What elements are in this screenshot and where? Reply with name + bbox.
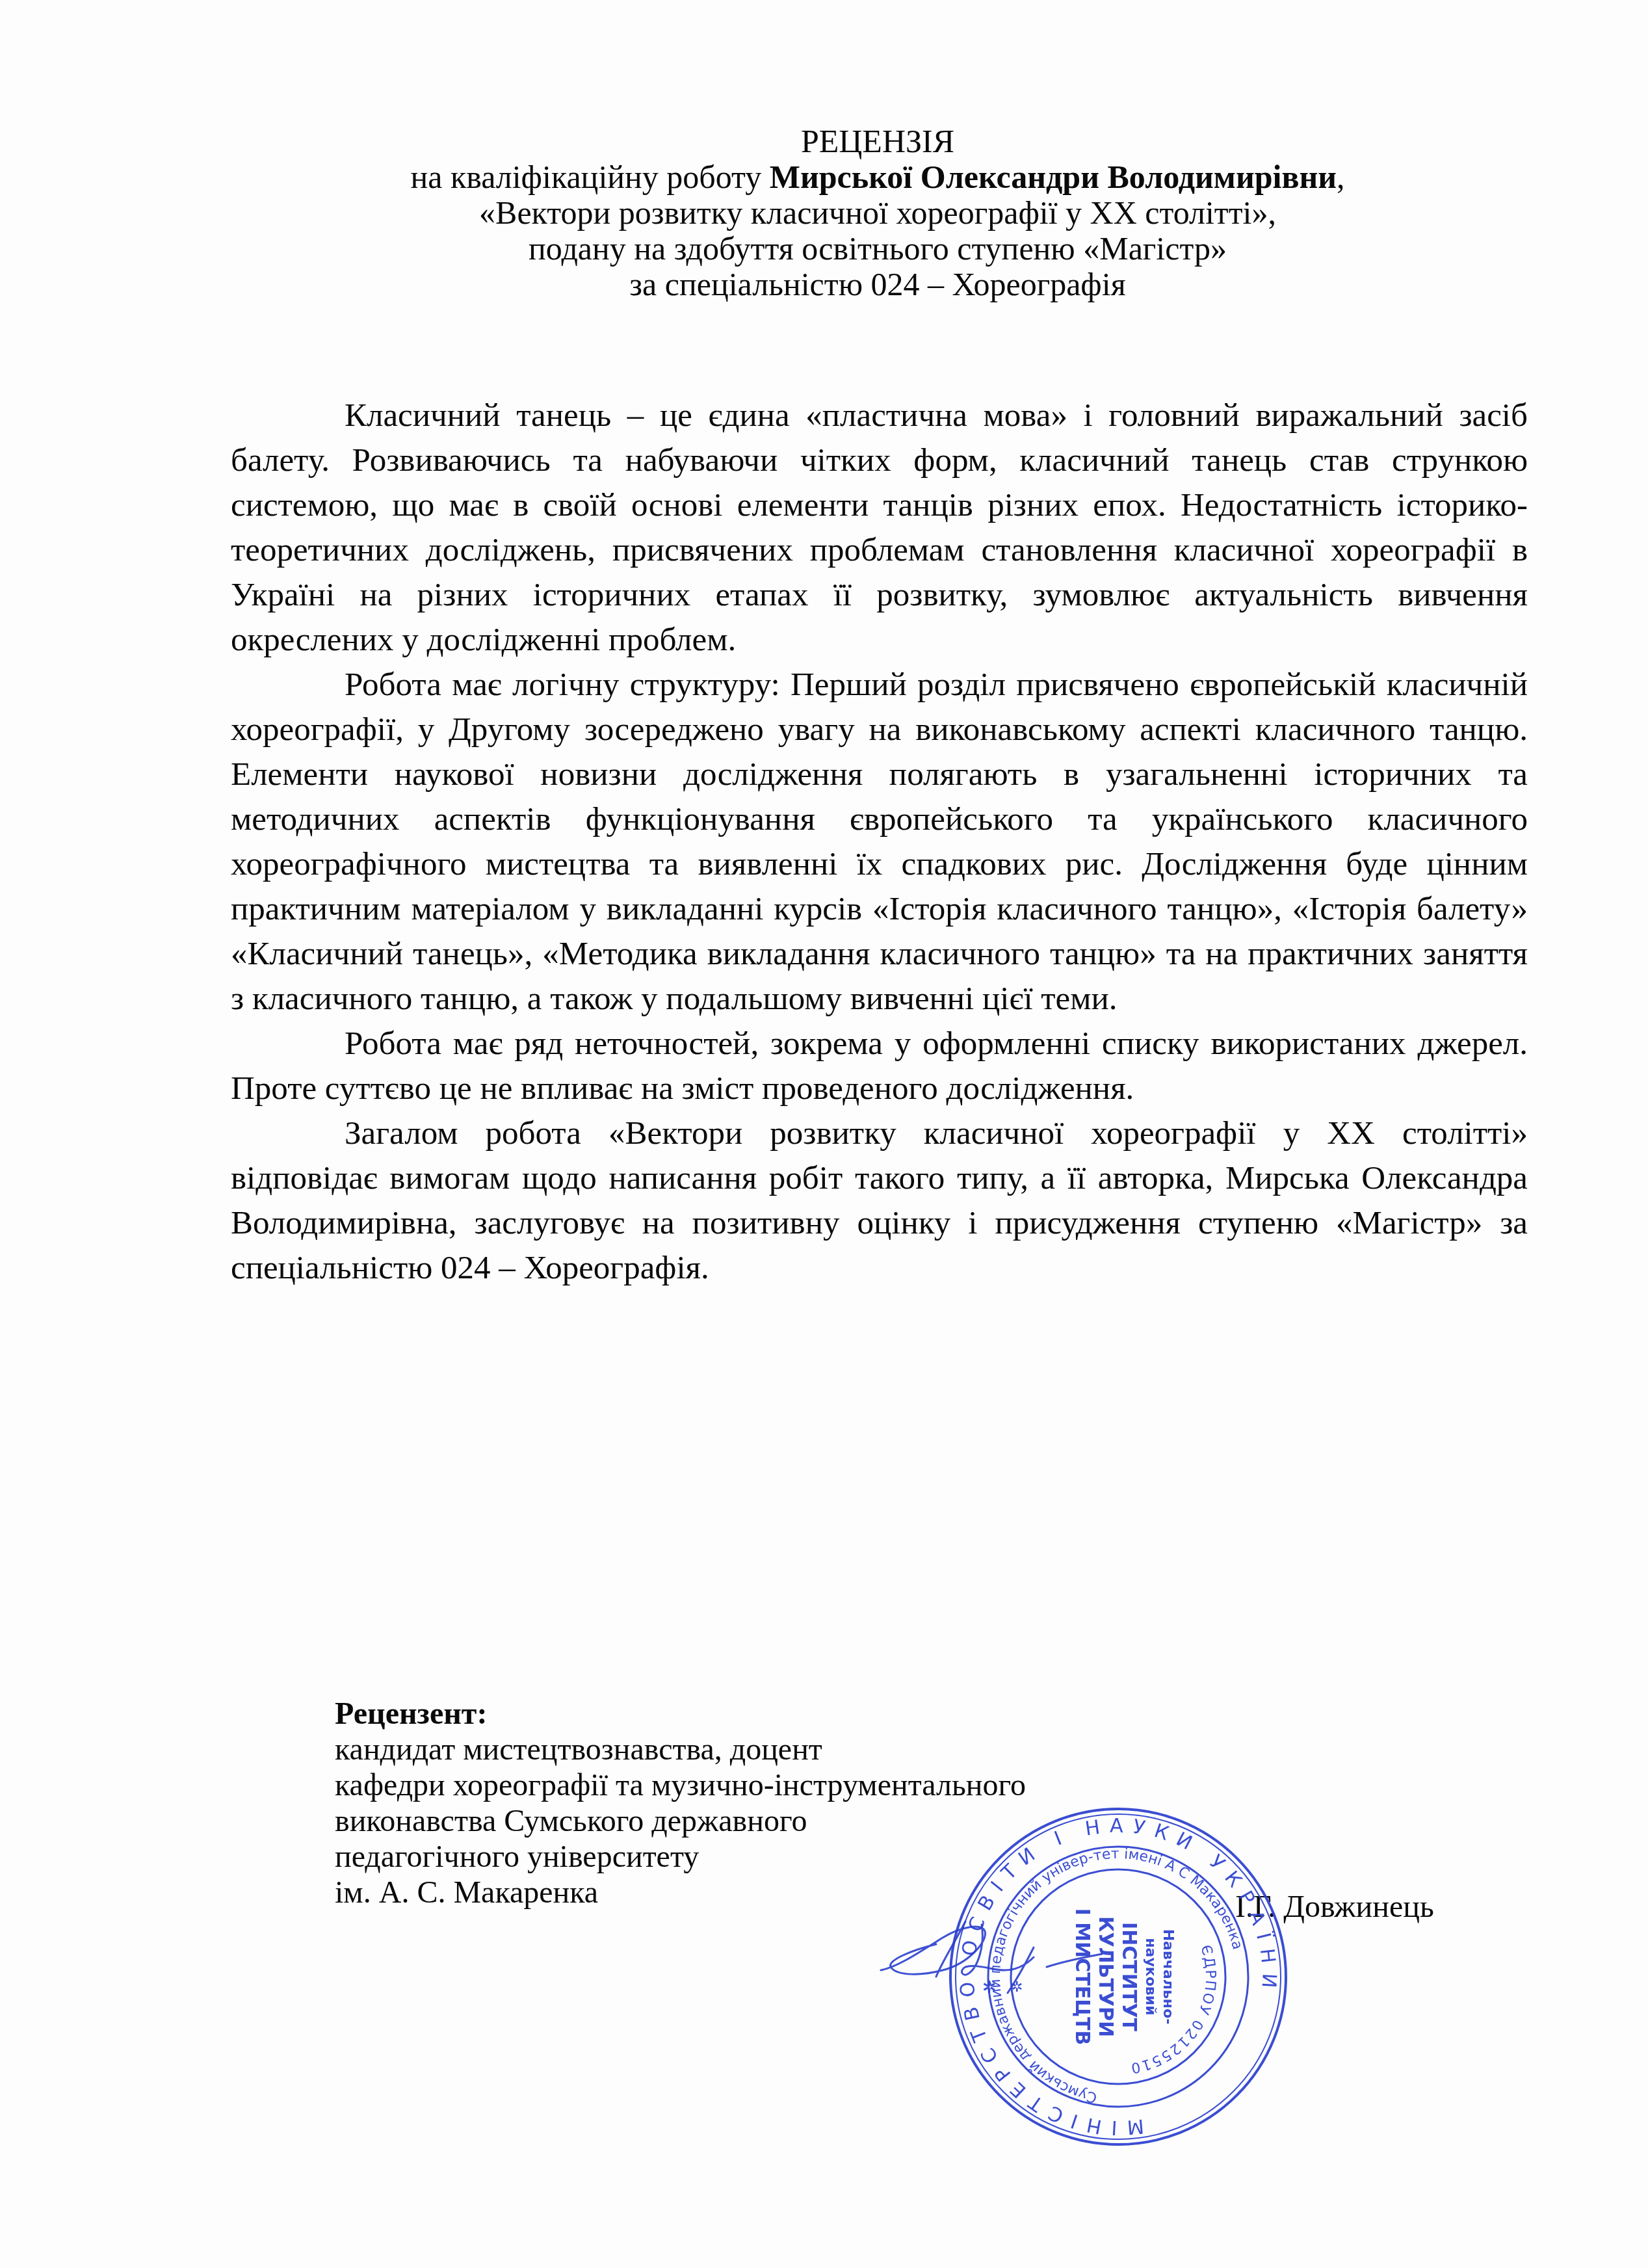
svg-text:ІНСТИТУТ: ІНСТИТУТ <box>1118 1922 1140 2031</box>
reviewer-label: Рецензент: <box>335 1696 1026 1732</box>
paragraph-structure: Робота має логічну структуру: Перший роз… <box>231 663 1528 1022</box>
reviewer-university: педагогічного університету <box>335 1839 1026 1875</box>
header-subject-prefix: на кваліфікаційну роботу <box>410 159 769 195</box>
review-body: Класичний танець – це єдина «пластична м… <box>231 393 1528 1291</box>
paragraph-relevance: Класичний танець – це єдина «пластична м… <box>231 393 1528 663</box>
svg-text:Навчально-: Навчально- <box>1160 1929 1176 2025</box>
reviewer-block: Рецензент: кандидат мистецтвознавства, д… <box>335 1696 1026 1910</box>
paragraph-shortcomings: Робота має ряд неточностей, зокрема у оф… <box>231 1022 1528 1111</box>
signature-icon <box>871 1905 1105 2003</box>
svg-text:науковий: науковий <box>1142 1938 1158 2015</box>
student-name: Мирської Олександри Володимирівни <box>770 159 1337 195</box>
header-subject-suffix: , <box>1337 159 1345 195</box>
document-header: РЕЦЕНЗІЯ на кваліфікаційну роботу Мирськ… <box>195 124 1560 302</box>
specialty-line: за спеціальністю 024 – Хореографія <box>195 267 1560 302</box>
thesis-title: «Вектори розвитку класичної хореографії … <box>195 195 1560 231</box>
reviewer-department: кафедри хореографії та музично-інструмен… <box>335 1767 1026 1803</box>
degree-line: подану на здобуття освітнього ступеню «М… <box>195 231 1560 267</box>
reviewer-degree: кандидат мистецтвознавства, доцент <box>335 1732 1026 1767</box>
review-document-page: РЕЦЕНЗІЯ на кваліфікаційну роботу Мирськ… <box>0 0 1648 2268</box>
paragraph-conclusion: Загалом робота «Вектори розвитку класичн… <box>231 1111 1528 1291</box>
reviewer-department-cont: виконавства Сумського державного <box>335 1803 1026 1839</box>
document-title: РЕЦЕНЗІЯ <box>195 124 1560 159</box>
header-subject-line: на кваліфікаційну роботу Мирської Олекса… <box>195 159 1560 195</box>
